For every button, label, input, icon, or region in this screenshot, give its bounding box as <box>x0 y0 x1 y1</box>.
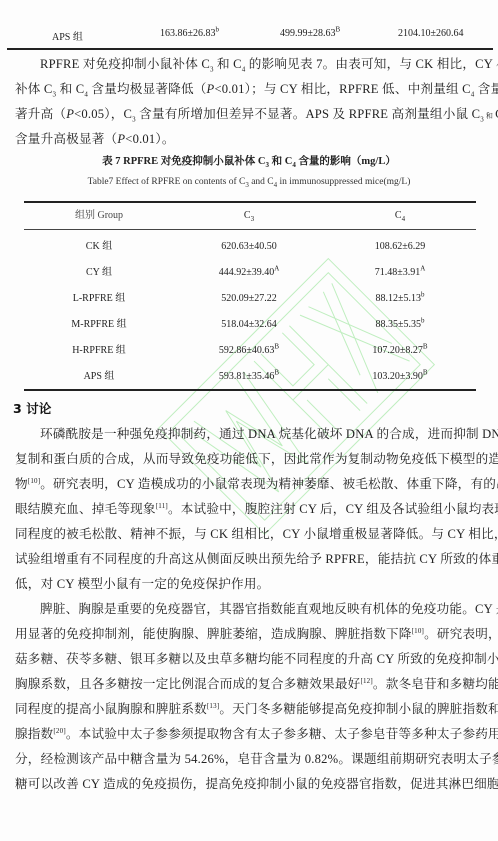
cell-c3: 520.09±27.22 <box>174 286 324 312</box>
cell-group: M-RPFRE 组 <box>24 312 174 338</box>
para1-line1: RPFRE 对免疫抑制小鼠补体 C3 和 C4 的影响见表 7。由表可知，与 C… <box>15 52 485 77</box>
cell-c4: 103.20±3.90B <box>324 364 476 390</box>
prev-table-row: APS 组 163.86±26.83b 499.99±28.63B 2104.1… <box>0 28 498 42</box>
para2-line5: 同程度的被毛松散、精神不振，与 CK 组相比，CY 小鼠增重极显著降低。与 CY… <box>15 522 485 547</box>
header-c4: C4 <box>324 203 476 229</box>
table-row: M-RPFRE 组 518.04±32.64 88.35±5.35b <box>24 312 476 338</box>
para3-line7: 分，经检测该产品中糖含量为 54.26%，皂苷含量为 0.82%。课题组前期研究… <box>15 747 485 772</box>
prev-row-col2: 499.99±28.63B <box>280 28 340 39</box>
table-row: L-RPFRE 组 520.09±27.22 88.12±5.13b <box>24 286 476 312</box>
cell-group: APS 组 <box>24 364 174 390</box>
cell-group: H-RPFRE 组 <box>24 338 174 364</box>
cell-c3: 593.81±35.46B <box>174 364 324 390</box>
table7-header-row: 组别 Group C3 C4 <box>24 203 476 229</box>
table7-caption-en: Table7 Effect of RPFRE on contents of C3… <box>0 177 498 187</box>
cell-c3: 620.63±40.50 <box>174 234 324 260</box>
para2-line7: 低，对 CY 模型小鼠有一定的免疫保护作用。 <box>15 572 485 597</box>
prev-row-group: APS 组 <box>52 28 83 43</box>
para3-line4: 胸腺系数，且各多糖按一定比例混合而成的复合多糖效果最好[12]。款冬皂苷和多糖均… <box>15 672 485 697</box>
para1-line4: 含量升高极显著（P<0.01）。 <box>15 127 485 152</box>
prev-row-col3: 2104.10±260.64 <box>398 28 464 39</box>
paragraph-results-c3-c4: RPFRE 对免疫抑制小鼠补体 C3 和 C4 的影响见表 7。由表可知，与 C… <box>15 52 485 152</box>
para2-line1: 环磷酰胺是一种强免疫抑制药，通过 DNA 烷基化破坏 DNA 的合成，进而抑制 … <box>15 422 485 447</box>
para3-line3: 菇多糖、茯苓多糖、银耳多糖以及虫草多糖均能不同程度的升高 CY 所致的免疫抑制小… <box>15 647 485 672</box>
cell-c4: 88.35±5.35b <box>324 312 476 338</box>
section-heading-discussion: 3 讨论 <box>13 398 51 417</box>
cell-c4: 108.62±6.29 <box>324 234 476 260</box>
para2-line2: 复制和蛋白质的合成，从而导致免疫功能低下，因此常作为复制动物免疫低下模型的造模药 <box>15 447 485 472</box>
paragraph-discussion-cy: 环磷酰胺是一种强免疫抑制药，通过 DNA 烷基化破坏 DNA 的合成，进而抑制 … <box>15 422 485 597</box>
table-row: CY 组 444.92±39.40A 71.48±3.91A <box>24 260 476 286</box>
prev-table-bottom-rule <box>7 48 493 50</box>
para2-line4: 眼结膜充血、掉毛等现象[11]。本试验中，腹腔注射 CY 后，CY 组及各试验组… <box>15 497 485 522</box>
cell-c4: 71.48±3.91A <box>324 260 476 286</box>
para1-line3: 著升高（P<0.05），C3 含量有所增加但差异不显著。APS 及 RPFRE … <box>15 102 485 127</box>
cell-c4: 88.12±5.13b <box>324 286 476 312</box>
cell-group: CY 组 <box>24 260 174 286</box>
cell-c3: 518.04±32.64 <box>174 312 324 338</box>
cell-c3: 592.86±40.63B <box>174 338 324 364</box>
table7-header-rule <box>24 229 476 230</box>
table-row: APS 组 593.81±35.46B 103.20±3.90B <box>24 364 476 390</box>
table-row: H-RPFRE 组 592.86±40.63B 107.20±8.27B <box>24 338 476 364</box>
header-c3: C3 <box>174 203 324 229</box>
table7-bottom-rule <box>24 389 476 391</box>
cell-group: L-RPFRE 组 <box>24 286 174 312</box>
cell-c4: 107.20±8.27B <box>324 338 476 364</box>
table-row: CK 组 620.63±40.50 108.62±6.29 <box>24 234 476 260</box>
para3-line2: 用显著的免疫抑制剂，能使胸腺、脾脏萎缩，造成胸腺、脾脏指数下降[10]。研究表明… <box>15 622 485 647</box>
para3-line5: 同程度的提高小鼠胸腺和脾脏系数[13]。天门冬多糖能够提高免疫抑制小鼠的脾脏指数… <box>15 697 485 722</box>
para3-line6: 腺指数[20]。本试验中太子参参须提取物含有太子参多糖、太子参皂苷等多种太子参药… <box>15 722 485 747</box>
para2-line3: 物[10]。研究表明，CY 造模成功的小鼠常表现为精神萎靡、被毛松散、体重下降，… <box>15 472 485 497</box>
para3-line8: 糖可以改善 CY 造成的免疫损伤，提高免疫抑制小鼠的免疫器官指数，促进其淋巴细胞… <box>15 772 485 797</box>
table7-caption-cn: 表 7 RPFRE 对免疫抑制小鼠补体 C3 和 C4 含量的影响（mg/L） <box>0 153 498 168</box>
paragraph-discussion-organs: 脾脏、胸腺是重要的免疫器官，其器官指数能直观地反映有机体的免疫功能。CY 是作 … <box>15 597 485 797</box>
cell-c3: 444.92±39.40A <box>174 260 324 286</box>
header-group: 组别 Group <box>24 203 174 229</box>
para1-line2: 补体 C3 和 C4 含量均极显著降低（P<0.01）；与 CY 相比，RPFR… <box>15 77 485 102</box>
para2-line6: 试验组增重有不同程度的升高这从侧面反映出预先给予 RPFRE，能拮抗 CY 所致… <box>15 547 485 572</box>
para3-line1: 脾脏、胸腺是重要的免疫器官，其器官指数能直观地反映有机体的免疫功能。CY 是作 <box>15 597 485 622</box>
prev-row-col1: 163.86±26.83b <box>160 28 219 39</box>
cell-group: CK 组 <box>24 234 174 260</box>
